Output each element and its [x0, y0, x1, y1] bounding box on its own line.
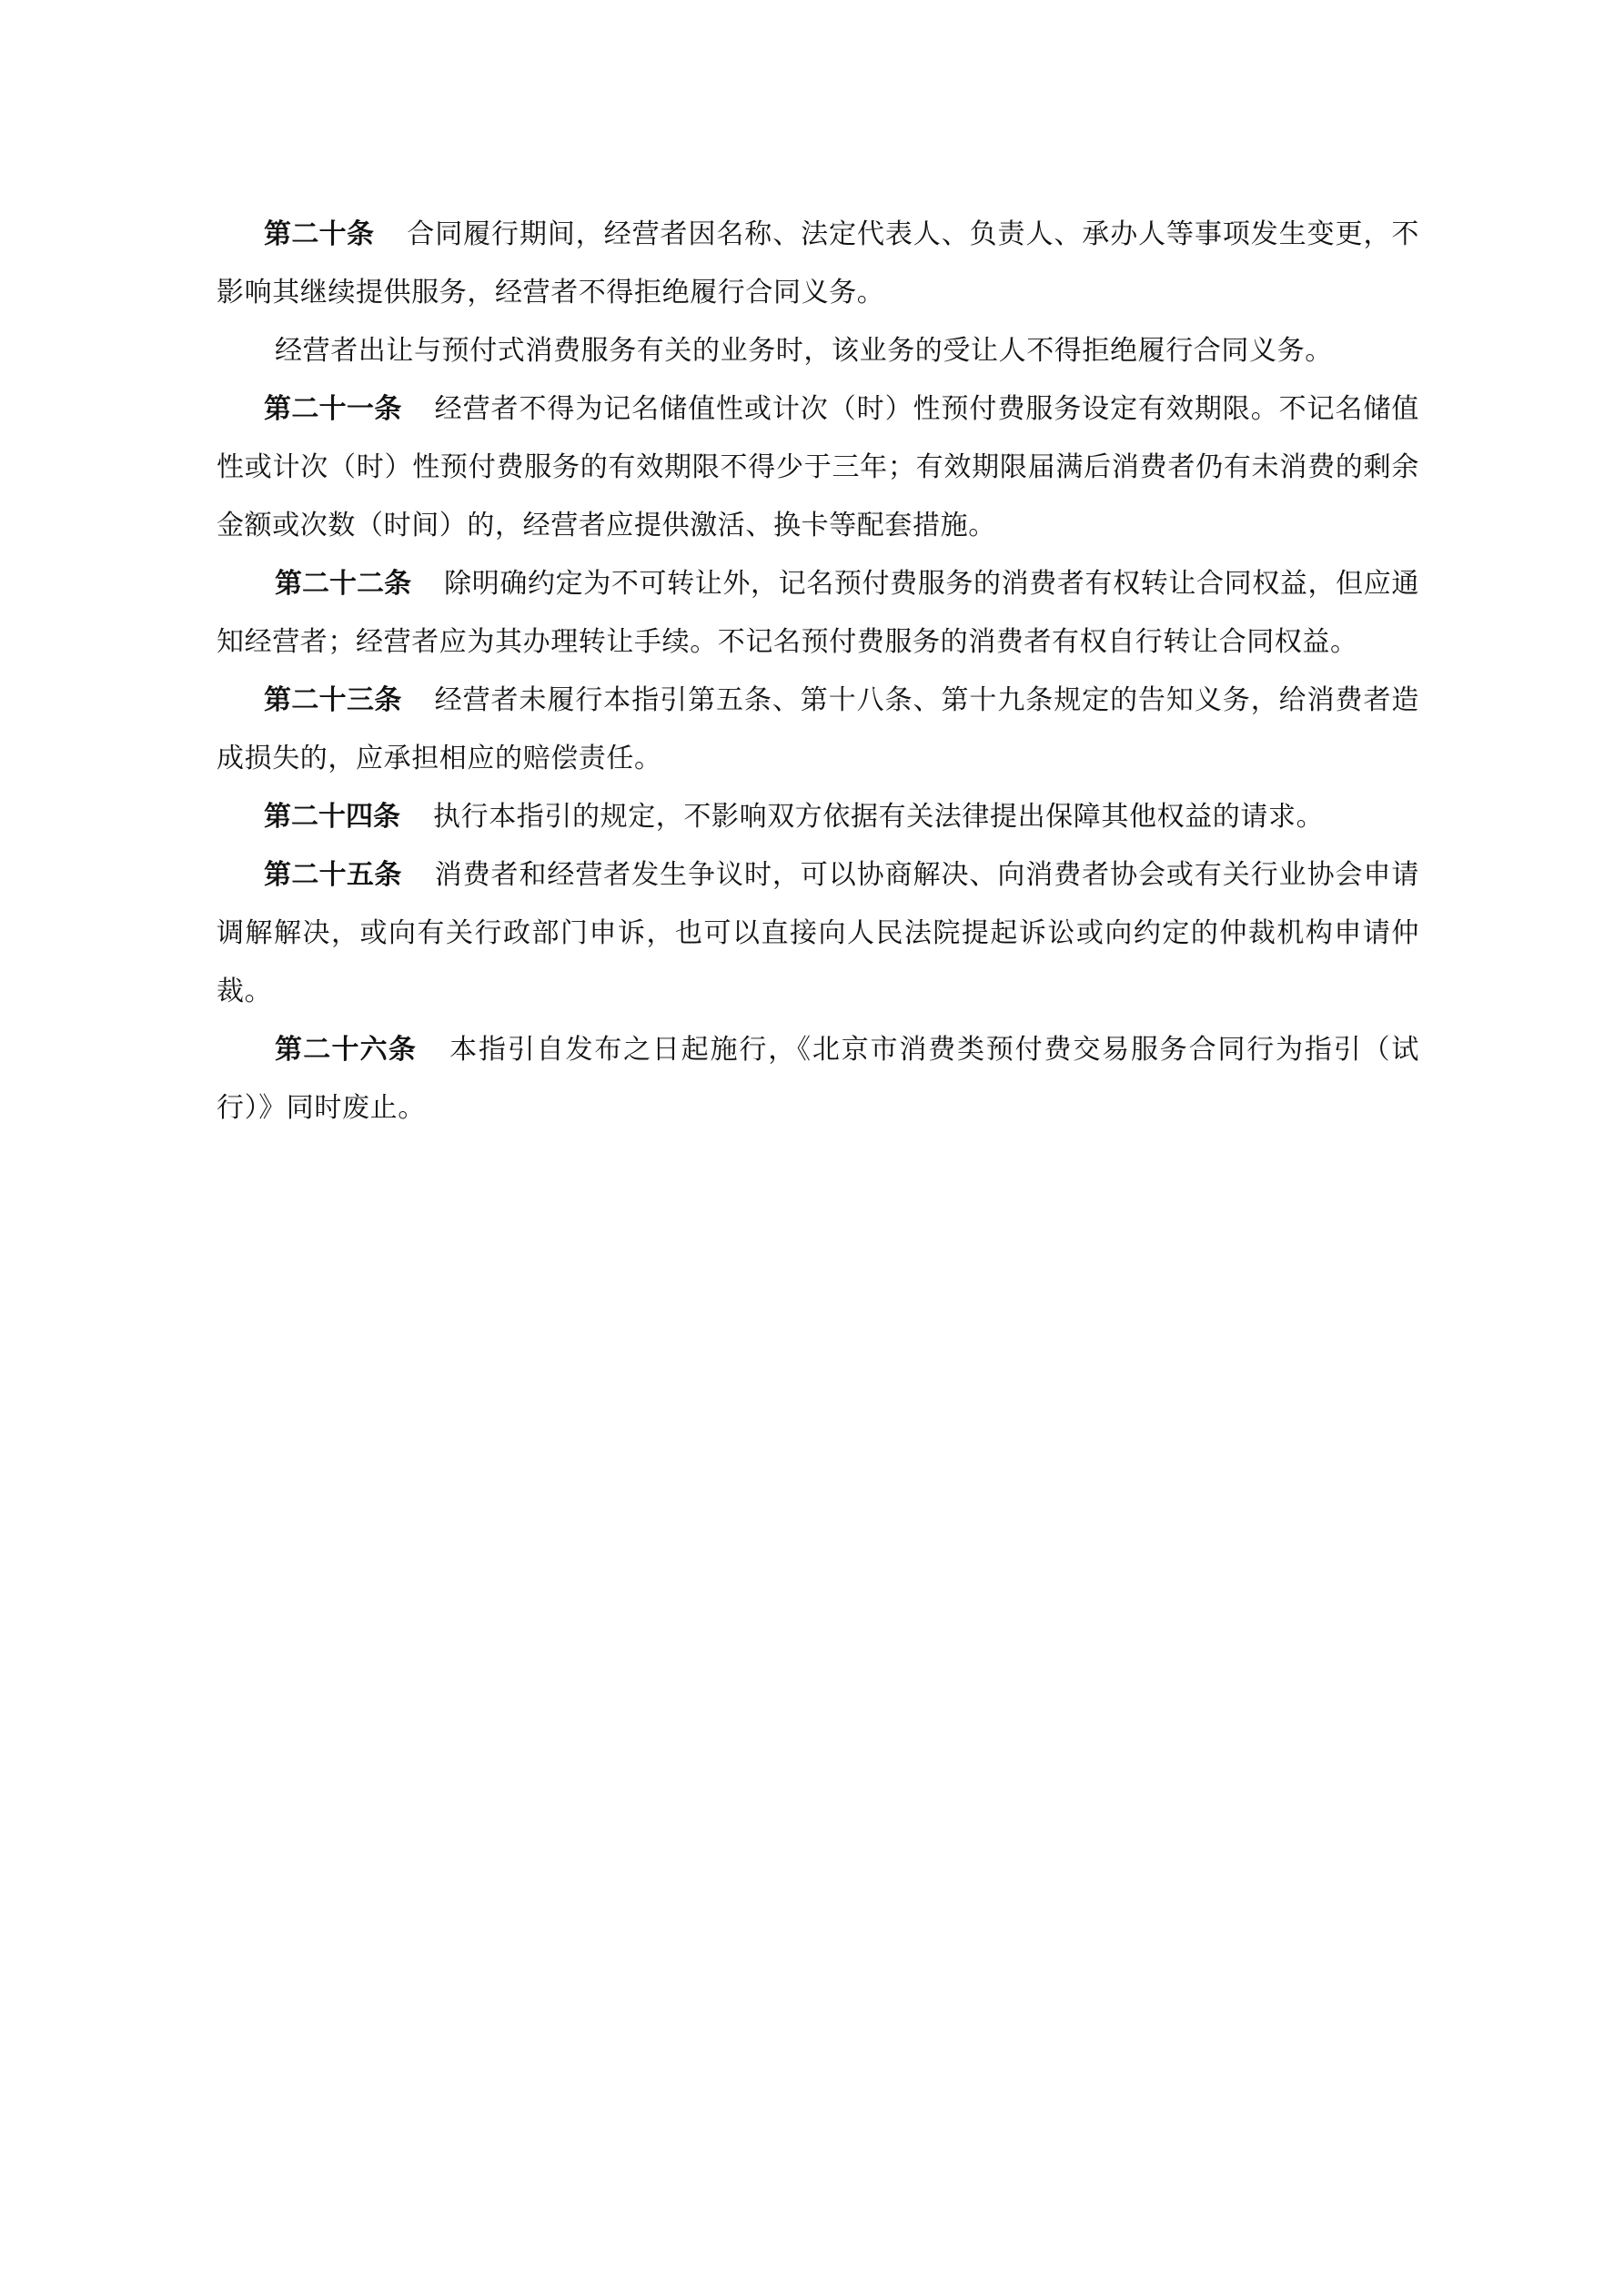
- article-heading: 第二十六条: [275, 1034, 417, 1066]
- article-heading: 第二十一条: [264, 393, 402, 425]
- article-body: 执行本指引的规定，不影响双方依据有关法律提出保障其他权益的请求。: [433, 801, 1324, 833]
- article-heading: 第二十三条: [264, 684, 402, 716]
- paragraph-article-20: 第二十条合同履行期间，经营者因名称、法定代表人、负责人、承办人等事项发生变更，不…: [217, 206, 1419, 322]
- paragraph-article-25: 第二十五条消费者和经营者发生争议时，可以协商解决、向消费者协会或有关行业协会申请…: [217, 846, 1419, 1021]
- article-heading: 第二十五条: [264, 859, 402, 891]
- article-body: 合同履行期间，经营者因名称、法定代表人、负责人、承办人等事项发生变更，不影响其继…: [217, 218, 1419, 308]
- article-heading: 第二十条: [264, 218, 374, 250]
- paragraph-article-22: 第二十二条除明确约定为不可转让外，记名预付费服务的消费者有权转让合同权益，但应通…: [217, 555, 1419, 672]
- paragraph-article-26: 第二十六条本指引自发布之日起施行，《北京市消费类预付费交易服务合同行为指引（试行…: [217, 1021, 1419, 1138]
- paragraph-article-20-continued: 经营者出让与预付式消费服务有关的业务时，该业务的受让人不得拒绝履行合同义务。: [217, 322, 1419, 380]
- paragraph-article-23: 第二十三条经营者未履行本指引第五条、第十八条、第十九条规定的告知义务，给消费者造…: [217, 672, 1419, 788]
- article-heading: 第二十二条: [275, 568, 411, 600]
- article-heading: 第二十四条: [264, 801, 400, 833]
- article-body: 经营者出让与预付式消费服务有关的业务时，该业务的受让人不得拒绝履行合同义务。: [275, 335, 1333, 367]
- document-page: 第二十条合同履行期间，经营者因名称、法定代表人、负责人、承办人等事项发生变更，不…: [217, 206, 1419, 1138]
- paragraph-article-24: 第二十四条执行本指引的规定，不影响双方依据有关法律提出保障其他权益的请求。: [217, 788, 1419, 846]
- paragraph-article-21: 第二十一条经营者不得为记名储值性或计次（时）性预付费服务设定有效期限。不记名储值…: [217, 380, 1419, 555]
